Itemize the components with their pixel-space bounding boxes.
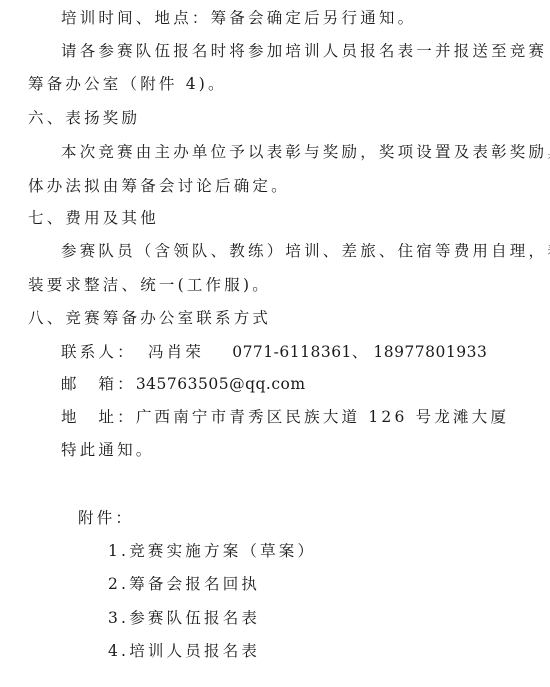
section7-body-line1: 参赛队员（含领队、教练）培训、差旅、住宿等费用自理，着 — [61, 241, 550, 261]
email-value: 345763505@qq.com — [136, 375, 306, 393]
submit-paragraph-line2: 筹备办公室（附件 4)。 — [28, 74, 227, 94]
address-line: 地 址：广西南宁市青秀区民族大道 126 号龙滩大厦 — [61, 407, 509, 427]
contact-name: 冯肖荣 — [148, 343, 204, 361]
section8-heading: 八、竞赛筹备办公室联系方式 — [28, 308, 271, 328]
contact-line: 联系人： 冯肖荣 0771-6118361、 18977801933 — [61, 342, 487, 362]
submit-paragraph-line1: 请各参赛队伍报名时将参加培训人员报名表一并报送至竞赛 — [61, 41, 547, 61]
address-value: 广西南宁市青秀区民族大道 126 号龙滩大厦 — [136, 408, 509, 426]
attachments-label: 附件： — [78, 508, 134, 528]
attachment-item-3: 3.参赛队伍报名表 — [108, 608, 260, 628]
email-label: 邮 箱： — [61, 375, 136, 393]
section7-heading: 七、费用及其他 — [28, 208, 159, 228]
attachment-item-4: 4.培训人员报名表 — [108, 641, 260, 661]
section6-body-line1: 本次竞赛由主办单位予以表彰与奖励，奖项设置及表彰奖励具 — [61, 142, 550, 162]
contact-label: 联系人： — [61, 343, 136, 361]
section6-heading: 六、表扬奖励 — [28, 108, 140, 128]
address-label: 地 址： — [61, 408, 136, 426]
attachment-item-1: 1.竞赛实施方案（草案） — [108, 541, 316, 561]
contact-phones: 0771-6118361、 18977801933 — [232, 343, 487, 361]
section6-body-line2: 体办法拟由筹备会讨论后确定。 — [28, 176, 290, 196]
email-line: 邮 箱：345763505@qq.com — [61, 374, 306, 394]
attachment-item-2: 2.筹备会报名回执 — [108, 574, 260, 594]
section7-body-line2: 装要求整洁、统一(工作服)。 — [28, 275, 271, 295]
closing-line: 特此通知。 — [61, 440, 155, 460]
training-time-paragraph: 培训时间、地点：筹备会确定后另行通知。 — [61, 8, 416, 28]
